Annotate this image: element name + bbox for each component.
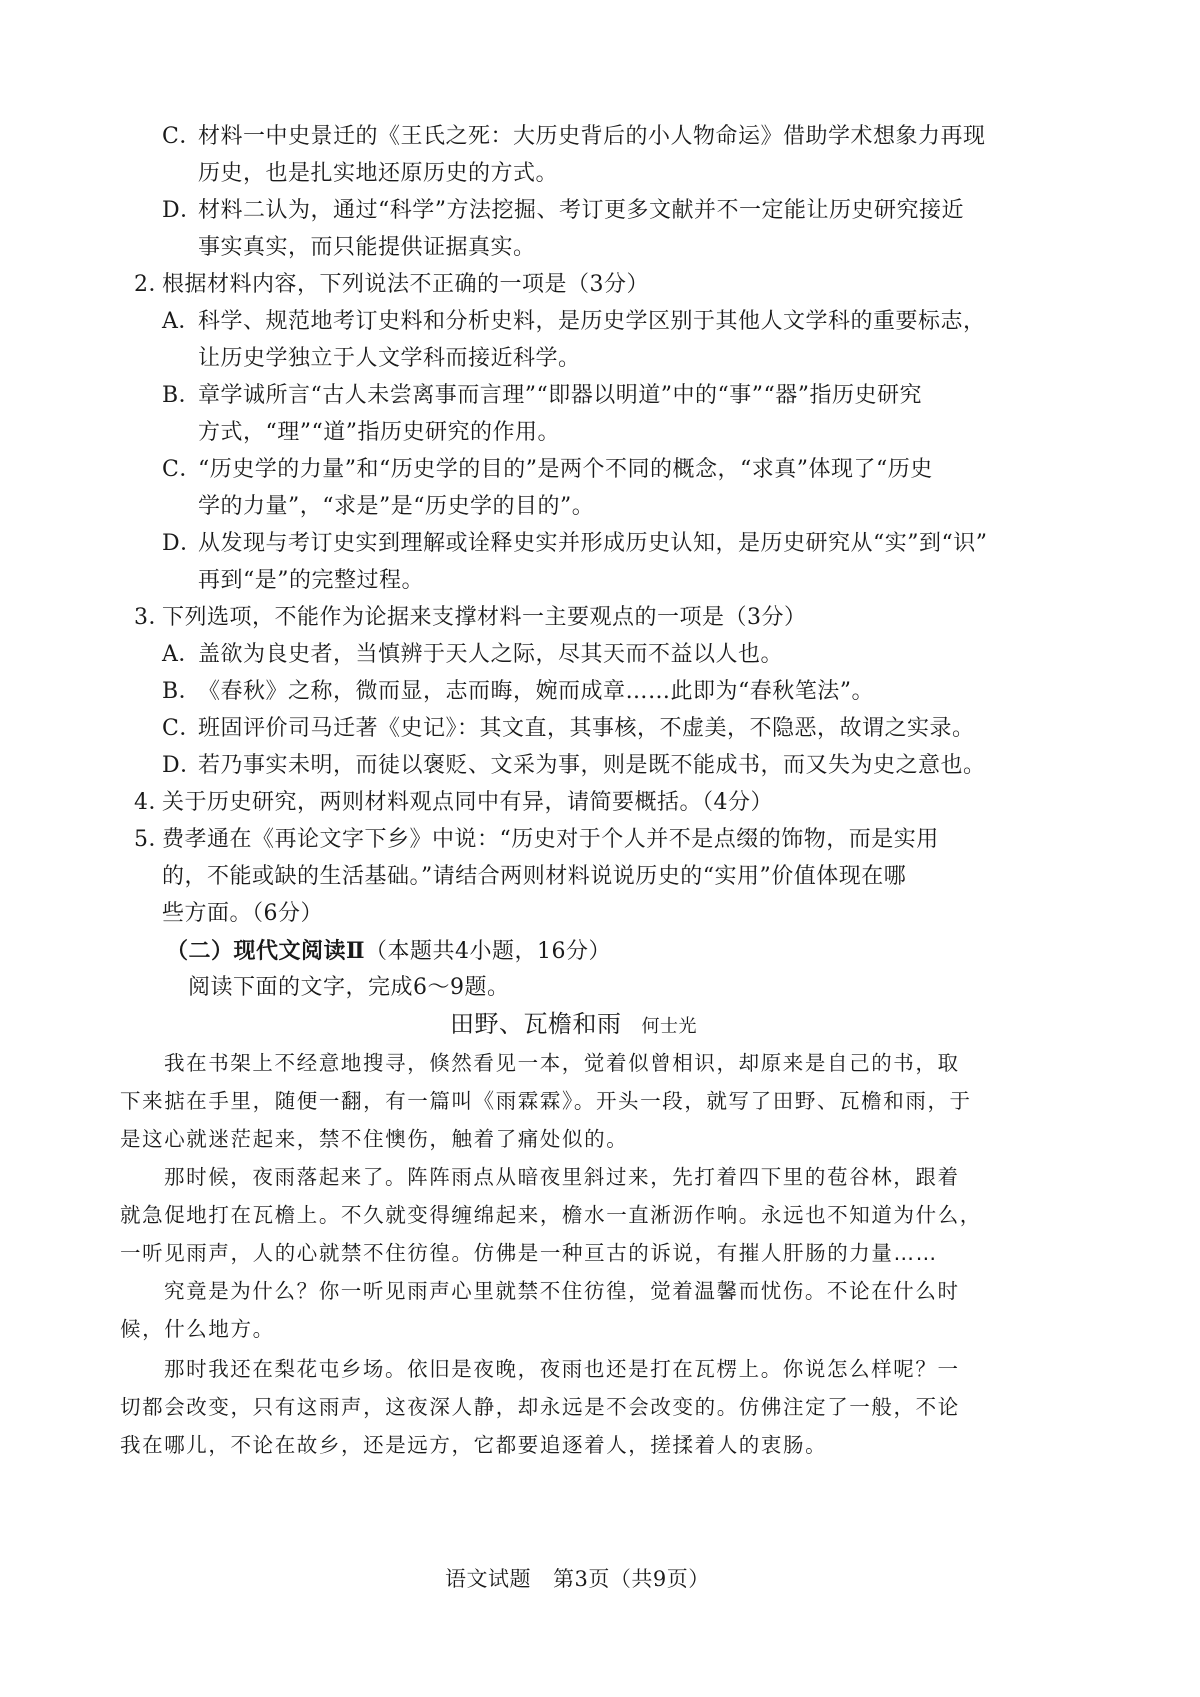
option-label: D．: [162, 198, 198, 224]
section-2-instruction: 阅读下面的文字，完成6～9题。: [188, 975, 510, 1001]
option-text: “历史学的力量”和“历史学的目的”是两个不同的概念，“求真”体现了“历史: [198, 457, 933, 482]
option-text: 若乃事实未明，而徒以褒贬、文采为事，则是既不能成书，而又失为史之意也。: [198, 753, 986, 778]
q2-option-a-cont: 让历史学独立于人文学科而接近科学。: [198, 346, 581, 372]
q3-option-a: A．盖欲为良史者，当慎辨于天人之际，尽其天而不益以人也。: [162, 642, 783, 668]
question-stem: 关于历史研究，两则材料观点同中有异，请简要概括。（4分）: [162, 790, 773, 815]
question-number: 3．: [134, 605, 162, 631]
q3-option-d: D．若乃事实未明，而徒以褒贬、文采为事，则是既不能成书，而又失为史之意也。: [162, 753, 986, 779]
essay-line: 候，什么地方。: [120, 1316, 275, 1342]
option-text: 材料二认为，通过“科学”方法挖掘、考订更多文献并不一定能让历史研究接近: [198, 198, 964, 223]
q1-option-c-cont: 历史，也是扎实地还原历史的方式。: [198, 161, 558, 187]
option-label: D．: [162, 753, 198, 779]
question-5: 5．费孝通在《再论文字下乡》中说：“历史对于个人并不是点缀的饰物，而是实用: [134, 827, 939, 853]
essay-line: 一听见雨声，人的心就禁不住彷徨。仿佛是一种亘古的诉说，有摧人肝肠的力量……: [120, 1240, 938, 1266]
question-4: 4．关于历史研究，两则材料观点同中有异，请简要概括。（4分）: [134, 790, 773, 816]
q1-option-d-cont: 事实真实，而只能提供证据真实。: [198, 235, 536, 261]
question-stem: 费孝通在《再论文字下乡》中说：“历史对于个人并不是点缀的饰物，而是实用: [162, 827, 939, 852]
essay-line: 那时我还在梨花屯乡场。依旧是夜晚，夜雨也还是打在瓦楞上。你说怎么样呢？一: [164, 1356, 960, 1382]
question-number: 2．: [134, 272, 162, 298]
essay-line: 那时候，夜雨落起来了。阵阵雨点从暗夜里斜过来，先打着四下里的苞谷林，跟着: [164, 1164, 960, 1190]
footer-page-number: 第3页（共9页）: [553, 1567, 710, 1591]
essay-line: 下来掂在手里，随便一翻，有一篇叫《雨霖霖》。开头一段，就写了田野、瓦檐和雨，于: [120, 1088, 972, 1114]
essay-title: 田野、瓦檐和雨: [450, 1010, 622, 1038]
q2-option-b-cont: 方式，“理”“道”指历史研究的作用。: [198, 420, 560, 446]
section-title: （二）现代文阅读Ⅱ: [166, 938, 365, 964]
option-text: 章学诚所言“古人未尝离事而言理”“即器以明道”中的“事”“器”指历史研究: [198, 383, 922, 408]
question-number: 5．: [134, 827, 162, 853]
essay-line: 切都会改变，只有这雨声，这夜深人静，却永远是不会改变的。仿佛注定了一般，不论: [120, 1394, 960, 1420]
exam-page: C．材料一中史景迁的《王氏之死：大历史背后的小人物命运》借助学术想象力再现 历史…: [0, 0, 1200, 1697]
question-3: 3．下列选项，不能作为论据来支撑材料一主要观点的一项是（3分）: [134, 605, 807, 631]
section-subtitle: （本题共4小题，16分）: [365, 939, 611, 964]
q2-option-b: B．章学诚所言“古人未尝离事而言理”“即器以明道”中的“事”“器”指历史研究: [162, 383, 922, 409]
question-stem: 下列选项，不能作为论据来支撑材料一主要观点的一项是（3分）: [162, 605, 807, 630]
option-text: 班固评价司马迁著《史记》：其文直，其事核，不虚美，不隐恶，故谓之实录。: [198, 716, 975, 741]
essay-line: 是这心就迷茫起来，禁不住懊伤，触着了痛处似的。: [120, 1126, 628, 1152]
q1-option-d: D．材料二认为，通过“科学”方法挖掘、考订更多文献并不一定能让历史研究接近: [162, 198, 964, 224]
option-label: C．: [162, 124, 198, 150]
option-label: A．: [162, 309, 198, 335]
q1-option-c: C．材料一中史景迁的《王氏之死：大历史背后的小人物命运》借助学术想象力再现: [162, 124, 986, 150]
essay-line: 我在书架上不经意地搜寻，倏然看见一本，觉着似曾相识，却原来是自己的书，取: [164, 1050, 960, 1076]
q3-option-c: C．班固评价司马迁著《史记》：其文直，其事核，不虚美，不隐恶，故谓之实录。: [162, 716, 975, 742]
option-text: 《春秋》之称，微而显，志而晦，婉而成章……此即为“春秋笔法”。: [198, 679, 874, 704]
option-label: B．: [162, 679, 198, 705]
page-footer: 语文试题第3页（共9页）: [445, 1566, 710, 1592]
option-label: A．: [162, 642, 198, 668]
question-2: 2．根据材料内容，下列说法不正确的一项是（3分）: [134, 272, 649, 298]
essay-line: 就急促地打在瓦檐上。不久就变得缠绵起来，檐水一直淅沥作响。永远也不知道为什么，: [120, 1202, 982, 1228]
q2-option-d: D．从发现与考订史实到理解或诠释史实并形成历史认知，是历史研究从“实”到“识”: [162, 531, 988, 557]
option-label: B．: [162, 383, 198, 409]
option-text: 科学、规范地考订史料和分析史料，是历史学区别于其他人文学科的重要标志，: [198, 309, 986, 334]
q2-option-c-cont: 学的力量”，“求是”是“历史学的目的”。: [198, 494, 594, 520]
option-text: 材料一中史景迁的《王氏之死：大历史背后的小人物命运》借助学术想象力再现: [198, 124, 986, 149]
essay-heading: 田野、瓦檐和雨何士光: [450, 1011, 697, 1040]
q2-option-a: A．科学、规范地考订史料和分析史料，是历史学区别于其他人文学科的重要标志，: [162, 309, 986, 335]
option-text: 从发现与考订史实到理解或诠释史实并形成历史认知，是历史研究从“实”到“识”: [198, 531, 988, 556]
question-stem: 根据材料内容，下列说法不正确的一项是（3分）: [162, 272, 649, 297]
q3-option-b: B．《春秋》之称，微而显，志而晦，婉而成章……此即为“春秋笔法”。: [162, 679, 874, 705]
question-number: 4．: [134, 790, 162, 816]
question-5-cont-2: 些方面。（6分）: [162, 901, 323, 927]
essay-line: 我在哪儿，不论在故乡，还是远方，它都要追逐着人，搓揉着人的衷肠。: [120, 1432, 827, 1458]
option-text: 盖欲为良史者，当慎辨于天人之际，尽其天而不益以人也。: [198, 642, 783, 667]
q2-option-d-cont: 再到“是”的完整过程。: [198, 568, 424, 594]
option-label: C．: [162, 716, 198, 742]
section-2-heading: （二）现代文阅读Ⅱ（本题共4小题，16分）: [166, 938, 611, 965]
option-label: C．: [162, 457, 198, 483]
essay-line: 究竟是为什么？你一听见雨声心里就禁不住彷徨，觉着温馨而忧伤。不论在什么时: [164, 1278, 960, 1304]
q2-option-c: C．“历史学的力量”和“历史学的目的”是两个不同的概念，“求真”体现了“历史: [162, 457, 933, 483]
question-5-cont-1: 的，不能或缺的生活基础。”请结合两则材料说说历史的“实用”价值体现在哪: [162, 864, 906, 890]
essay-author: 何士光: [642, 1016, 698, 1037]
option-label: D．: [162, 531, 198, 557]
footer-subject: 语文试题: [445, 1567, 531, 1591]
